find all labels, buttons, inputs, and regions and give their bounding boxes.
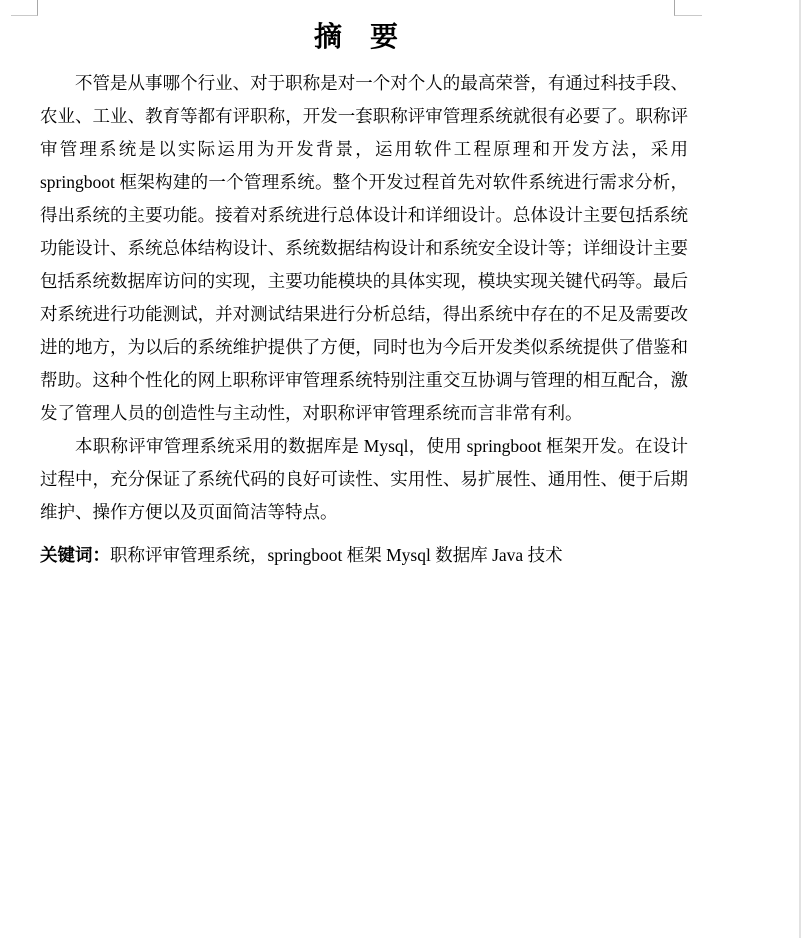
keywords-line: 关键词：职称评审管理系统，springboot 框架 Mysql 数据库 Jav…	[40, 539, 720, 572]
margin-mark-top-left	[11, 0, 38, 16]
keywords-label: 关键词：	[40, 545, 110, 565]
document-page: 摘 要 不管是从事哪个行业、对于职称是对一个对个人的最高荣誉，有通过科技手段、农…	[0, 0, 804, 938]
margin-mark-top-right	[674, 0, 702, 16]
keywords-text: 职称评审管理系统，springboot 框架 Mysql 数据库 Java 技术	[110, 545, 563, 565]
body-paragraph: 本职称评审管理系统采用的数据库是 Mysql，使用 springboot 框架开…	[40, 430, 688, 529]
page-title: 摘 要	[0, 20, 712, 53]
body-paragraph: 不管是从事哪个行业、对于职称是对一个对个人的最高荣誉，有通过科技手段、农业、工业…	[40, 67, 688, 430]
page-edge-line	[799, 0, 801, 938]
abstract-body: 不管是从事哪个行业、对于职称是对一个对个人的最高荣誉，有通过科技手段、农业、工业…	[40, 67, 688, 529]
